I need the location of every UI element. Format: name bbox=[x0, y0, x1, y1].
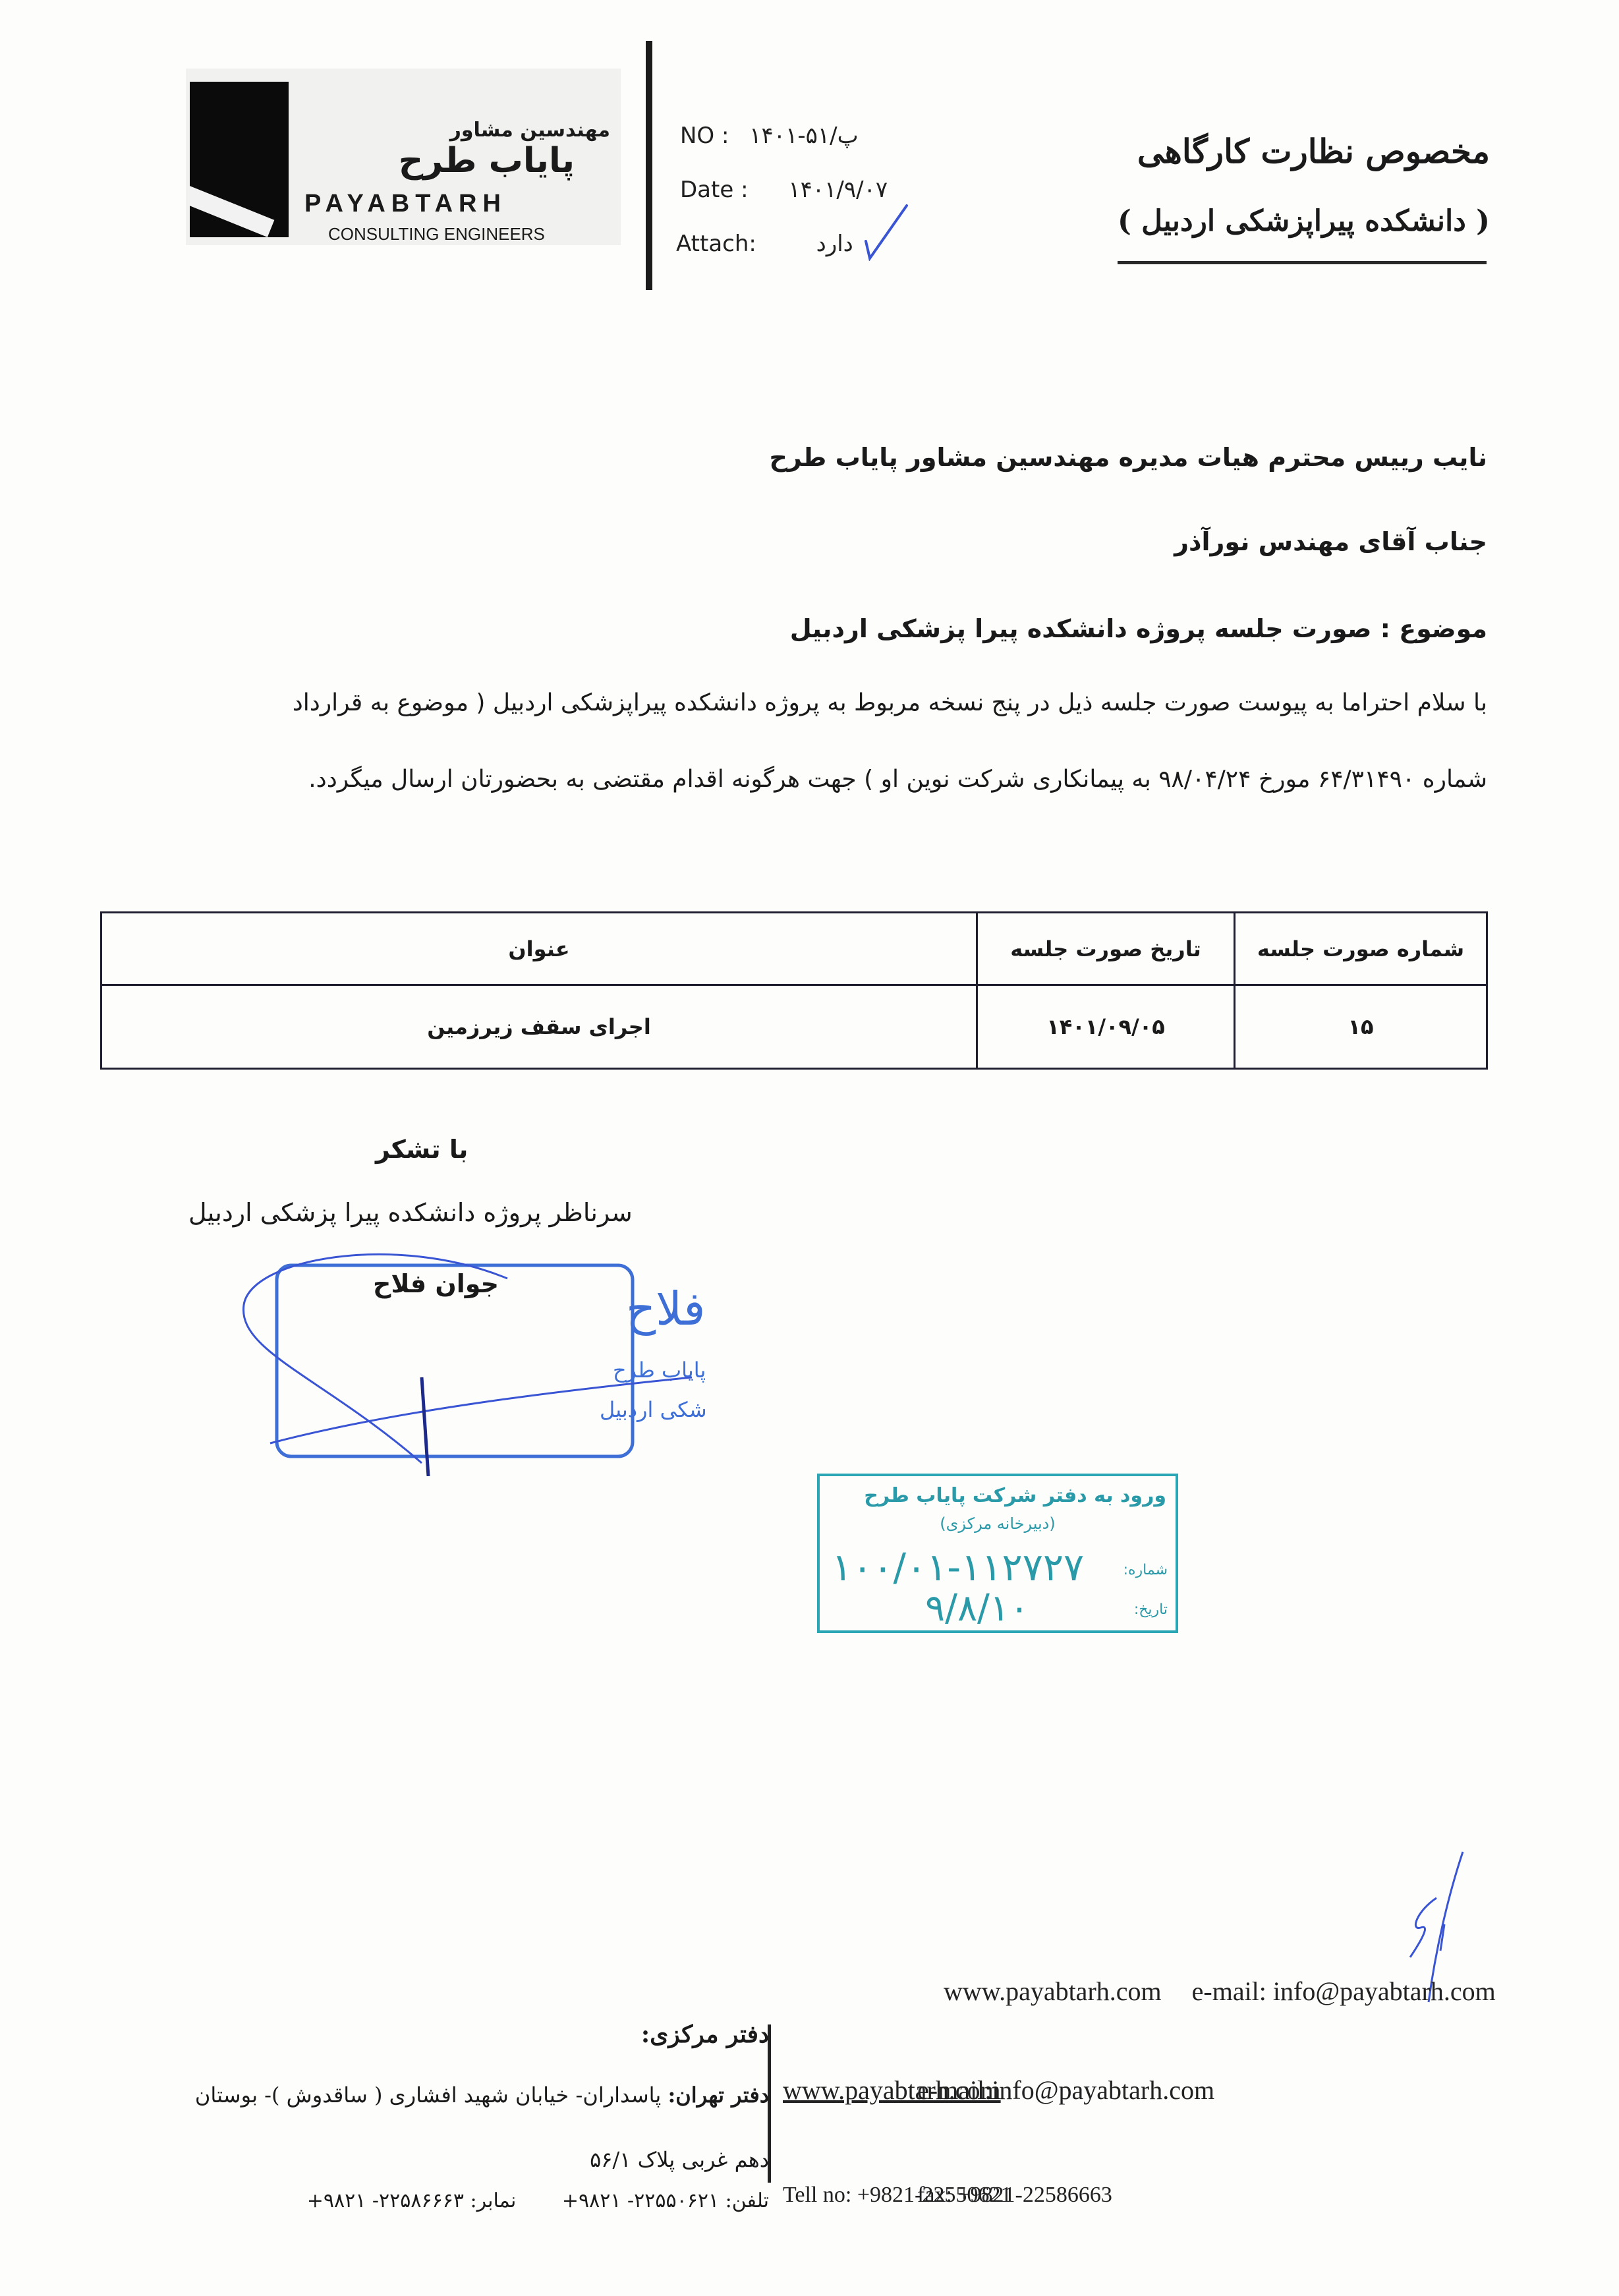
logo-fa-subtitle: مهندسین مشاور bbox=[450, 119, 610, 142]
body-paragraph-line-2: شماره ۶۴/۳۱۴۹۰ مورخ ۹۸/۰۴/۲۴ به پیمانکار… bbox=[308, 766, 1487, 793]
letter-date-label: Date : bbox=[680, 177, 749, 203]
cell-title: اجرای سقف زیرزمین bbox=[101, 985, 977, 1069]
letter-number: NO : ۱۴۰۱-۵۱/پ bbox=[680, 123, 859, 149]
minutes-table: شماره صورت جلسه تاریخ صورت جلسه عنوان ۱۵… bbox=[100, 911, 1488, 1070]
reg-number-label: شماره: bbox=[1123, 1562, 1168, 1578]
table-row: ۱۵ ۱۴۰۱/۰۹/۰۵ اجرای سقف زیرزمین bbox=[101, 985, 1487, 1069]
signature-stamp: مهندس داور جوان فلاح سرناظر مهندسین مشاو… bbox=[231, 1246, 705, 1476]
body-paragraph-line-1: با سلام احتراما به پیوست صورت جلسه ذیل د… bbox=[293, 689, 1487, 716]
col-header-date: تاریخ صورت جلسه bbox=[977, 913, 1235, 985]
footer-tehran-street: پاسداران- خیابان شهید افشاری ( ساقدوش )-… bbox=[195, 2082, 661, 2108]
document-title: مخصوص نظارت کارگاهی bbox=[1137, 132, 1490, 171]
cell-number: ۱۵ bbox=[1235, 985, 1487, 1069]
closing-thanks: با تشکر bbox=[376, 1135, 468, 1164]
letter-subject: موضوع : صورت جلسه پروژه دانشکده پیرا پزش… bbox=[790, 614, 1487, 643]
cell-date: ۱۴۰۱/۰۹/۰۵ bbox=[977, 985, 1235, 1069]
contact-website[interactable]: www.payabtarh.com bbox=[944, 1976, 1162, 2006]
contact-line: www.payabtarh.com e-mail: info@payabtarh… bbox=[944, 1976, 1496, 2007]
footer-central-office: دفتر مرکزی: bbox=[641, 2021, 769, 2048]
col-header-number: شماره صورت جلسه bbox=[1235, 913, 1487, 985]
letter-number-label: NO : bbox=[680, 123, 729, 149]
logo-en-subtitle: CONSULTING ENGINEERS bbox=[328, 224, 545, 244]
title-underline bbox=[1118, 261, 1487, 264]
footer-fax-en: fax: +9821-22586663 bbox=[917, 2183, 1112, 2208]
recipient-title: نایب رییس محترم هیات مدیره مهندسین مشاور… bbox=[770, 443, 1487, 472]
header-divider bbox=[646, 41, 652, 290]
footer-tehran-address-2: دهم غربی پلاک ۵۶/۱ bbox=[590, 2147, 769, 2172]
footer-fax-fa: نمابر: ۲۲۵۸۶۶۶۳- ۹۸۲۱+ bbox=[307, 2189, 517, 2212]
logo-en-name: PAYABTARH bbox=[304, 190, 507, 218]
footer-phone-fa: تلفن: ۲۲۵۵۰۶۲۱- ۹۸۲۱+ نمابر: ۲۲۵۸۶۶۶۳- ۹… bbox=[307, 2189, 769, 2212]
checkmark-icon bbox=[863, 202, 909, 261]
company-logo: مهندسین مشاور پایاب طرح PAYABTARH CONSUL… bbox=[186, 69, 621, 245]
reg-number-value: ۱۰۰/۰۱-۱۱۲۷۲۷ bbox=[832, 1545, 1084, 1590]
reg-stamp-title: ورود به دفتر شرکت پایاب طرح bbox=[864, 1484, 1166, 1507]
logo-mark bbox=[190, 82, 289, 237]
contact-email[interactable]: e-mail: info@payabtarh.com bbox=[1192, 1976, 1496, 2006]
attachment-value: دارد bbox=[816, 231, 853, 257]
document-subtitle: ( دانشکده پیراپزشکی اردبیل ) bbox=[1118, 204, 1490, 238]
recipient-name: جناب آقای مهندس نورآذر bbox=[1174, 527, 1487, 556]
col-header-title: عنوان bbox=[101, 913, 977, 985]
reg-stamp-subtitle: (دبیرخانه مرکزی) bbox=[820, 1514, 1176, 1533]
table-header-row: شماره صورت جلسه تاریخ صورت جلسه عنوان bbox=[101, 913, 1487, 985]
svg-text:سرناظر مهندسین مشاور پایاب طرح: سرناظر مهندسین مشاور پایاب طرح bbox=[613, 1358, 705, 1383]
footer-tehran-label: دفتر تهران: bbox=[667, 2082, 769, 2108]
letter-attachment: Attach: دارد bbox=[676, 231, 853, 257]
reg-date-label: تاریخ: bbox=[1134, 1601, 1168, 1618]
footer-tehran-address: دفتر تهران: پاسداران- خیابان شهید افشاری… bbox=[195, 2082, 769, 2108]
svg-text:پروژه دانشکده پیراپزشکی اردبیل: پروژه دانشکده پیراپزشکی اردبیل bbox=[600, 1397, 705, 1422]
letter-number-value: ۱۴۰۱-۵۱/پ bbox=[749, 123, 858, 149]
attachment-label: Attach: bbox=[676, 231, 756, 257]
letter-date: Date : ۱۴۰۱/۹/۰۷ bbox=[680, 177, 888, 203]
registration-stamp: ورود به دفتر شرکت پایاب طرح (دبیرخانه مر… bbox=[817, 1474, 1178, 1633]
letter-date-value: ۱۴۰۱/۹/۰۷ bbox=[788, 177, 888, 203]
svg-text:مهندس داور جوان فلاح: مهندس داور جوان فلاح bbox=[626, 1282, 705, 1336]
logo-fa-name: پایاب طرح bbox=[399, 141, 575, 181]
reg-date-value: ۹/۸/۱۰ bbox=[925, 1587, 1029, 1630]
logo-stripe bbox=[190, 181, 274, 237]
signer-title: سرناظر پروژه دانشکده پیرا پزشکی اردبیل bbox=[188, 1198, 633, 1227]
footer-email[interactable]: e-mail:info@payabtarh.com bbox=[917, 2075, 1214, 2106]
footer-tel-fa: تلفن: ۲۲۵۵۰۶۲۱- ۹۸۲۱+ bbox=[562, 2189, 769, 2212]
